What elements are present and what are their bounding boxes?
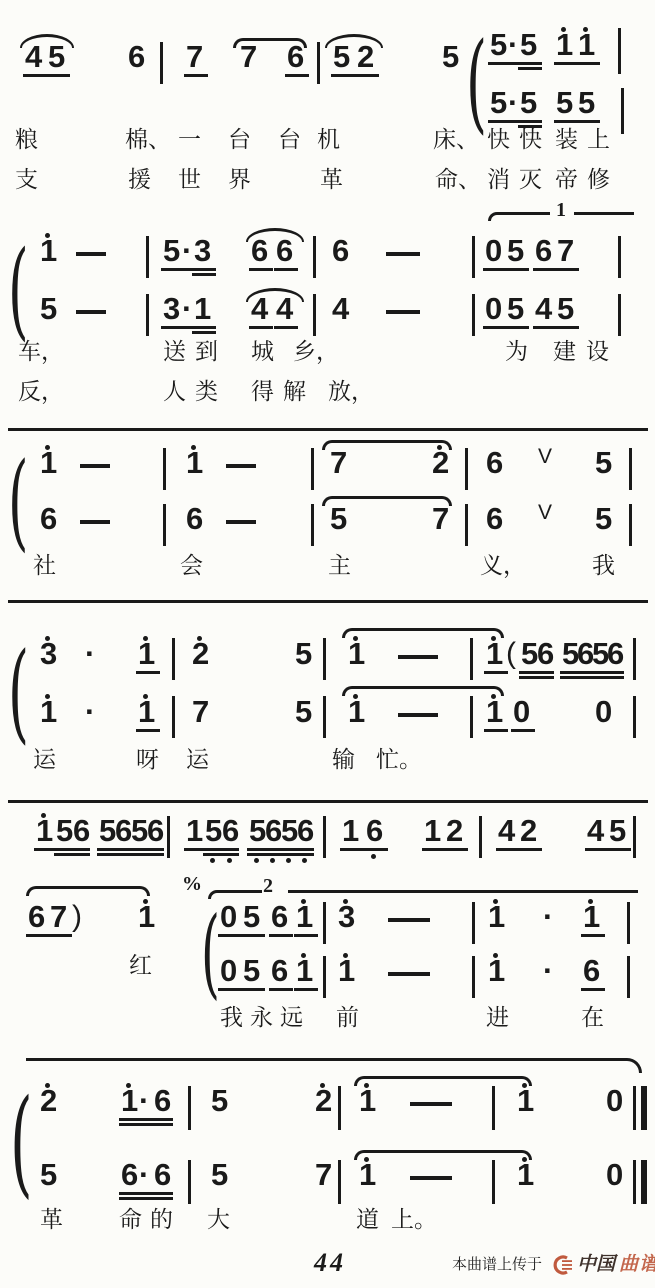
tie-arc	[342, 686, 504, 696]
lyric-char: 为	[505, 340, 528, 364]
note-token: 6	[251, 236, 268, 266]
barline	[627, 902, 630, 944]
octave-dot-above	[522, 1083, 527, 1088]
lyric-char: 建	[553, 340, 576, 364]
note-token: ·	[85, 697, 95, 727]
note-token: 5	[249, 816, 266, 846]
lyric-char: 解	[283, 380, 306, 404]
site-name-secondary: 曲谱网	[619, 1255, 655, 1275]
octave-dot-above	[493, 899, 498, 904]
dash-note	[76, 252, 106, 256]
barline	[633, 816, 636, 858]
lyric-char: 义，	[480, 554, 526, 578]
lyric-char: 在	[581, 1006, 604, 1030]
beam-underline	[364, 848, 388, 851]
dash-note	[386, 252, 420, 256]
dash-note	[226, 520, 256, 524]
volta-bracket-start	[488, 212, 550, 221]
note-token: 5	[556, 88, 573, 118]
note-token: 6	[147, 816, 164, 846]
beam-underline	[249, 326, 273, 329]
note-token: 4	[25, 42, 42, 72]
note-token: ·	[139, 1160, 149, 1190]
lyric-char: 车，	[18, 340, 64, 364]
note-token: 3	[338, 902, 355, 932]
volta-bracket-start	[208, 890, 262, 899]
note-token: 7	[557, 236, 574, 266]
barline	[633, 638, 636, 680]
note-token: 5	[595, 504, 612, 534]
note-token: 4	[498, 816, 515, 846]
dash-note	[398, 655, 438, 659]
barline	[311, 448, 314, 490]
note-token: 1	[359, 1086, 376, 1116]
lyric-char: 台	[278, 128, 301, 152]
barline	[641, 1086, 647, 1130]
note-token: 2	[315, 1086, 332, 1116]
note-token: 3	[163, 294, 180, 324]
note-token: 5	[243, 902, 260, 932]
beam-underline	[152, 1118, 173, 1121]
note-token: 5	[520, 30, 537, 60]
octave-dot-above	[45, 445, 50, 450]
barline	[323, 902, 326, 944]
beam-underline	[295, 853, 314, 856]
dash-note	[80, 520, 110, 524]
octave-dot-above	[143, 636, 148, 641]
barline	[313, 236, 316, 278]
lyric-char: 界	[228, 168, 251, 192]
annotation-label: 2	[263, 876, 273, 896]
note-token: ·	[182, 236, 192, 266]
dash-note	[226, 464, 256, 468]
note-token: 5	[243, 956, 260, 986]
note-token: 5	[48, 42, 65, 72]
lyric-char: 帝	[555, 168, 578, 192]
lyric-char: 我	[592, 554, 615, 578]
lyric-char: 革	[320, 168, 343, 192]
barline	[317, 42, 320, 84]
beam-underline	[26, 934, 50, 937]
note-token: 6	[115, 816, 132, 846]
note-token: 6	[265, 816, 282, 846]
note-token: 5	[507, 236, 524, 266]
note-token: 6	[186, 504, 203, 534]
beam-underline	[483, 268, 507, 271]
beam-underline	[607, 848, 631, 851]
beam-underline	[241, 934, 265, 937]
octave-dot-above	[45, 233, 50, 238]
note-token: 6	[366, 816, 383, 846]
note-token: 1	[517, 1160, 534, 1190]
note-token: 1	[348, 697, 365, 727]
barline	[470, 638, 473, 680]
lyric-char: 床、	[433, 128, 479, 152]
lyric-char: 道	[356, 1208, 379, 1232]
octave-dot-below	[210, 858, 215, 863]
lyric-char: 世	[178, 168, 201, 192]
barline	[641, 1160, 647, 1204]
note-token: 1	[488, 956, 505, 986]
note-token: 7	[432, 504, 449, 534]
lyric-char: 忙。	[376, 748, 422, 772]
lyric-char: 设	[586, 340, 609, 364]
note-token: 6	[271, 902, 288, 932]
note-token: 2	[520, 816, 537, 846]
note-token: 6	[583, 956, 600, 986]
note-token: 1	[488, 902, 505, 932]
note-token: 1	[296, 956, 313, 986]
octave-dot-above	[143, 694, 148, 699]
beam-underline	[136, 729, 160, 732]
beam-underline	[152, 1197, 173, 1200]
beam-underline	[192, 268, 216, 271]
beam-underline	[295, 848, 314, 851]
voice-brace: (	[8, 446, 28, 556]
note-token: 6	[121, 1160, 138, 1190]
note-token: 5	[40, 294, 57, 324]
barline	[472, 956, 475, 998]
lyric-char: 反，	[18, 380, 64, 404]
beam-underline	[533, 326, 557, 329]
barline	[323, 956, 326, 998]
lyric-char: 进	[486, 1006, 509, 1030]
barline	[338, 1160, 341, 1204]
beam-underline	[285, 74, 309, 77]
lyric-char: 送	[163, 340, 186, 364]
paren-token: )	[72, 902, 82, 932]
note-token: ·	[85, 639, 95, 669]
note-token: 5	[99, 816, 116, 846]
beam-underline	[505, 326, 529, 329]
note-token: 6	[128, 42, 145, 72]
beam-underline	[444, 848, 468, 851]
upload-credit: 本曲谱上传于 中国 曲谱网	[452, 1255, 655, 1275]
note-token: 0	[595, 697, 612, 727]
beam-underline	[518, 848, 542, 851]
note-token: 0	[485, 294, 502, 324]
barline	[160, 42, 163, 84]
lyric-char: 会	[180, 554, 203, 578]
note-token: 6	[297, 816, 314, 846]
note-token: 0	[606, 1160, 623, 1190]
dash-note	[76, 310, 106, 314]
octave-dot-above	[301, 953, 306, 958]
beam-underline	[535, 676, 554, 679]
beam-underline	[220, 848, 239, 851]
note-token: 7	[315, 1160, 332, 1190]
barline	[479, 816, 482, 858]
note-token: 6	[535, 236, 552, 266]
octave-dot-above	[45, 694, 50, 699]
lyric-char: 放，	[328, 380, 374, 404]
note-token: ·	[508, 88, 518, 118]
beam-underline	[518, 67, 542, 70]
note-token: 5	[490, 30, 507, 60]
barline	[172, 696, 175, 738]
voice-brace: (	[10, 1082, 33, 1204]
note-token: 2	[432, 448, 449, 478]
tie-arc	[354, 1076, 532, 1086]
octave-dot-above	[493, 953, 498, 958]
barline	[492, 1160, 495, 1204]
note-token: 7	[50, 902, 67, 932]
beam-underline	[71, 853, 90, 856]
note-token: 6	[222, 816, 239, 846]
barline	[633, 696, 636, 738]
octave-dot-above	[437, 445, 442, 450]
note-token: 7	[186, 42, 203, 72]
note-token: 6	[537, 639, 554, 669]
note-token: 5	[281, 816, 298, 846]
lyric-char: 红	[129, 954, 152, 978]
beam-underline	[269, 934, 293, 937]
lyric-char: 命、	[435, 168, 481, 192]
note-token: 1	[40, 236, 57, 266]
barline	[146, 236, 149, 278]
note-token: 5	[205, 816, 222, 846]
barline	[633, 1086, 636, 1130]
note-token: 5	[211, 1160, 228, 1190]
octave-dot-above	[197, 636, 202, 641]
octave-dot-above	[343, 953, 348, 958]
note-token: 5	[609, 816, 626, 846]
barline	[188, 1086, 191, 1130]
dash-note	[410, 1102, 452, 1106]
lyric-char: 到	[195, 340, 218, 364]
tie-arc	[354, 1150, 532, 1160]
octave-dot-below	[302, 858, 307, 863]
note-token: 6	[607, 639, 624, 669]
lyric-char: 前	[336, 1006, 359, 1030]
beam-underline	[46, 74, 70, 77]
note-token: ·	[508, 30, 518, 60]
beam-underline	[585, 848, 609, 851]
octave-dot-above	[45, 1083, 50, 1088]
note-token: ·	[543, 902, 553, 932]
lyric-char: 粮	[15, 128, 38, 152]
site-logo-icon	[551, 1255, 573, 1275]
note-token: 5	[595, 448, 612, 478]
beam-underline	[555, 326, 579, 329]
breath-mark: V	[538, 502, 552, 523]
lyric-char: 呀	[136, 748, 159, 772]
lyric-char: 乡，	[293, 340, 339, 364]
beam-underline	[581, 934, 605, 937]
note-token: 1	[486, 639, 503, 669]
note-token: 4	[332, 294, 349, 324]
lyric-char: 装	[555, 128, 578, 152]
lyric-char: 上。	[391, 1208, 437, 1232]
note-token: 7	[192, 697, 209, 727]
beam-underline	[48, 934, 72, 937]
octave-dot-above	[126, 1083, 131, 1088]
beam-underline	[274, 326, 298, 329]
beam-underline	[576, 120, 600, 123]
lyric-char: 大	[207, 1208, 230, 1232]
beam-underline	[484, 729, 508, 732]
note-token: 0	[606, 1086, 623, 1116]
volta-bracket-line	[288, 890, 638, 893]
note-token: 5	[557, 294, 574, 324]
lyric-char: 机	[317, 128, 340, 152]
note-token: 1	[36, 816, 53, 846]
barline	[465, 504, 468, 546]
beam-underline	[136, 671, 160, 674]
page-number: 44	[314, 1250, 346, 1276]
beam-underline	[220, 853, 239, 856]
note-token: 1	[138, 697, 155, 727]
beam-underline	[274, 268, 298, 271]
lyric-char: 的	[150, 1208, 173, 1232]
upload-credit-text: 本曲谱上传于	[452, 1256, 542, 1274]
segno-sign: %	[182, 874, 202, 894]
note-token: ·	[543, 956, 553, 986]
voice-brace: (	[8, 636, 29, 750]
note-token: 5	[578, 88, 595, 118]
beam-underline	[23, 74, 47, 77]
lyric-char: 消	[487, 168, 510, 192]
note-token: 6	[486, 504, 503, 534]
barline	[618, 236, 621, 278]
lyric-char: 我	[220, 1006, 243, 1030]
octave-dot-above	[491, 694, 496, 699]
note-token: 0	[220, 902, 237, 932]
note-token: 5	[521, 639, 538, 669]
note-token: 5	[330, 504, 347, 534]
beam-underline	[496, 848, 520, 851]
octave-dot-above	[41, 813, 46, 818]
note-token: 1	[296, 902, 313, 932]
beam-underline	[331, 74, 355, 77]
section-divider-rule	[8, 800, 648, 803]
barline	[621, 88, 624, 134]
octave-dot-above	[353, 636, 358, 641]
beam-underline	[145, 848, 164, 851]
volta-bracket-line	[574, 212, 634, 215]
beam-underline	[511, 729, 535, 732]
octave-dot-above	[143, 899, 148, 904]
barline	[313, 294, 316, 336]
note-token: 1	[517, 1086, 534, 1116]
lyric-char: 运	[33, 748, 56, 772]
note-token: 6	[486, 448, 503, 478]
lyric-char: 永	[250, 1006, 273, 1030]
beam-underline	[533, 268, 557, 271]
beam-underline	[249, 268, 273, 271]
note-token: 2	[192, 639, 209, 669]
note-token: 6	[73, 816, 90, 846]
note-token: 0	[485, 236, 502, 266]
note-token: 1	[186, 448, 203, 478]
barline	[618, 28, 621, 74]
note-token: ·	[139, 1086, 149, 1116]
beam-underline	[518, 62, 542, 65]
barline	[472, 294, 475, 336]
barline	[323, 696, 326, 738]
beam-underline	[483, 326, 507, 329]
note-token: 1	[486, 697, 503, 727]
note-token: 1	[40, 697, 57, 727]
lyric-char: 革	[40, 1208, 63, 1232]
barline	[338, 1086, 341, 1130]
note-token: 1	[40, 448, 57, 478]
beam-underline	[294, 934, 318, 937]
note-token: 1	[342, 816, 359, 846]
lyric-char: 灭	[519, 168, 542, 192]
barline	[323, 638, 326, 680]
barline	[172, 638, 175, 680]
note-token: 5	[211, 1086, 228, 1116]
note-token: 4	[276, 294, 293, 324]
note-token: 1	[424, 816, 441, 846]
octave-dot-below	[227, 858, 232, 863]
beam-underline	[505, 268, 529, 271]
barline	[627, 956, 630, 998]
beam-underline	[152, 1123, 173, 1126]
octave-dot-above	[491, 636, 496, 641]
octave-dot-above	[320, 1083, 325, 1088]
octave-dot-below	[286, 858, 291, 863]
note-token: 0	[220, 956, 237, 986]
sheet-music-scan: ((((((4567765255·5115·555粮棉、一台台机床、快快装上支援…	[0, 0, 655, 1288]
lyric-char: 支	[15, 168, 38, 192]
octave-dot-below	[254, 858, 259, 863]
beam-underline	[152, 1192, 173, 1195]
beam-underline	[484, 671, 508, 674]
barline	[472, 902, 475, 944]
octave-dot-below	[371, 854, 376, 859]
note-token: 2	[446, 816, 463, 846]
barline	[167, 816, 170, 858]
beam-underline	[241, 988, 265, 991]
barline	[311, 504, 314, 546]
octave-dot-above	[588, 899, 593, 904]
octave-dot-below	[270, 858, 275, 863]
beam-underline	[294, 988, 318, 991]
barline	[618, 294, 621, 336]
note-token: 5	[163, 236, 180, 266]
dash-note	[388, 918, 430, 922]
tie-arc	[26, 886, 150, 896]
beam-underline	[145, 853, 164, 856]
note-token: 5	[520, 88, 537, 118]
lyric-char: 棉、	[125, 128, 171, 152]
note-token: 1	[338, 956, 355, 986]
note-token: 1	[138, 639, 155, 669]
note-token: 5	[490, 88, 507, 118]
barline	[629, 448, 632, 490]
note-token: 1	[583, 902, 600, 932]
note-token: 1	[186, 816, 203, 846]
barline	[146, 294, 149, 336]
tie-arc	[342, 628, 504, 638]
note-token: 1	[556, 30, 573, 60]
note-token: 7	[240, 42, 257, 72]
voice-brace: (	[466, 26, 487, 140]
paren-token: (	[506, 639, 516, 669]
note-token: 2	[357, 42, 374, 72]
beam-underline	[192, 331, 216, 334]
octave-dot-above	[191, 445, 196, 450]
note-token: 3	[194, 236, 211, 266]
note-token: 1	[578, 30, 595, 60]
site-name-primary: 中国	[577, 1255, 615, 1275]
lyric-char: 得	[251, 380, 274, 404]
lyric-char: 上	[587, 128, 610, 152]
lyric-char: 人	[163, 380, 186, 404]
barline	[472, 236, 475, 278]
